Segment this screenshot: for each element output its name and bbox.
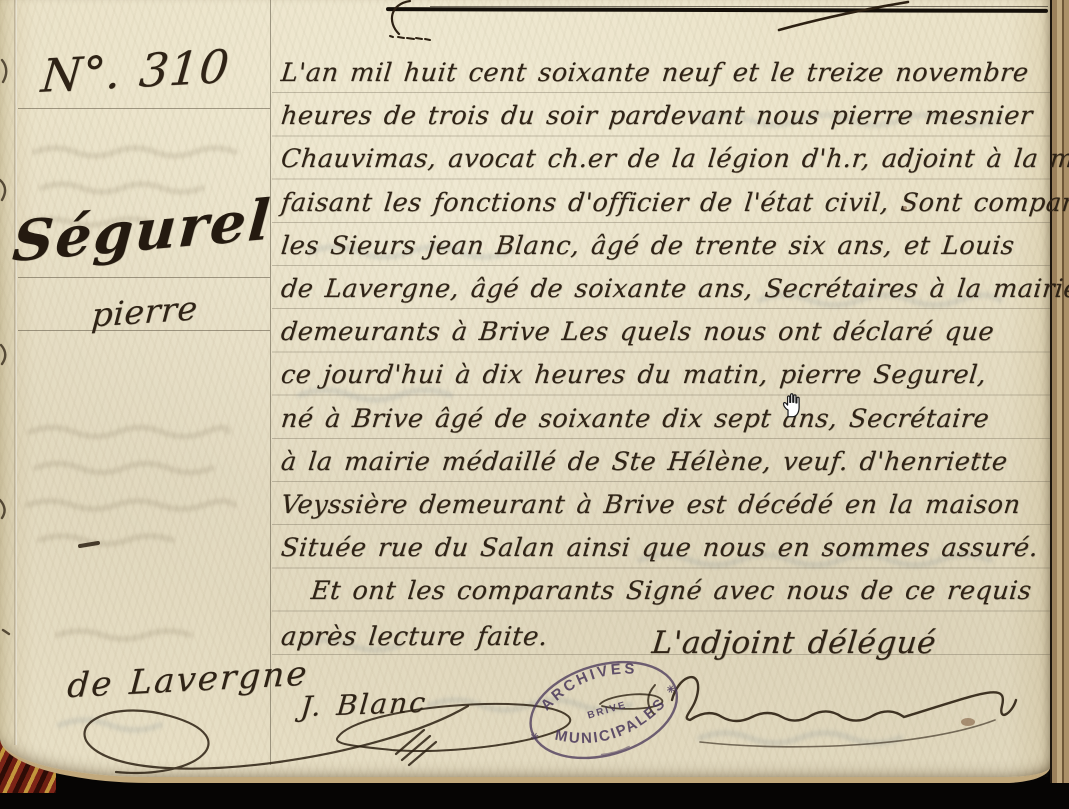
act-text-block: L'an mil huit cent soixante neuf et le t… bbox=[281, 52, 1059, 613]
act-line: né à Brive âgé de soixante dix sept ans,… bbox=[279, 398, 1062, 441]
stamp-text-middle: BRIVE bbox=[586, 700, 628, 722]
act-line: demeurants à Brive Les quels nous ont dé… bbox=[279, 311, 1062, 354]
margin-vertical-rule bbox=[270, 0, 271, 765]
act-line: ce jourd'hui à dix heures du matin, pier… bbox=[279, 354, 1062, 397]
register-page-scan[interactable]: N°. 310 Ségurel pierre L'an mil huit cen… bbox=[0, 0, 1069, 809]
act-line: à la mairie médaillé de Ste Hélène, veuf… bbox=[279, 441, 1062, 484]
hand-cursor-icon bbox=[779, 391, 806, 419]
margin-rule-under-surname bbox=[18, 277, 270, 278]
act-line: les Sieurs jean Blanc, âgé de trente six… bbox=[279, 225, 1062, 268]
act-line: heures de trois du soir pardevant nous p… bbox=[279, 95, 1062, 138]
closing-formula: après lecture faite. bbox=[279, 616, 550, 659]
act-line: Veyssière demeurant à Brive est décédé e… bbox=[279, 484, 1062, 527]
act-number: N°. 310 bbox=[39, 39, 232, 103]
stamp-text-bottom: MUNICIPALES bbox=[548, 692, 674, 758]
officiant-title: L'adjoint délégué bbox=[650, 622, 939, 665]
act-line: Située rue du Salan ainsi que nous en so… bbox=[279, 527, 1062, 570]
margin-rule-under-number bbox=[18, 108, 270, 109]
signature-blanc: J. Blanc bbox=[299, 686, 428, 723]
act-line: faisant les fonctions d'officier de l'ét… bbox=[279, 182, 1062, 225]
act-line: Chauvimas, avocat ch.er de la légion d'h… bbox=[279, 138, 1062, 181]
margin-firstname: pierre bbox=[90, 288, 199, 334]
act-line: Et ont les comparants Signé avec nous de… bbox=[279, 570, 1062, 613]
act-line: de Lavergne, âgé de soixante ans, Secrét… bbox=[279, 268, 1062, 311]
act-line: L'an mil huit cent soixante neuf et le t… bbox=[279, 52, 1062, 95]
svg-text:MUNICIPALES: MUNICIPALES bbox=[548, 692, 674, 758]
paper-crease bbox=[14, 0, 17, 745]
